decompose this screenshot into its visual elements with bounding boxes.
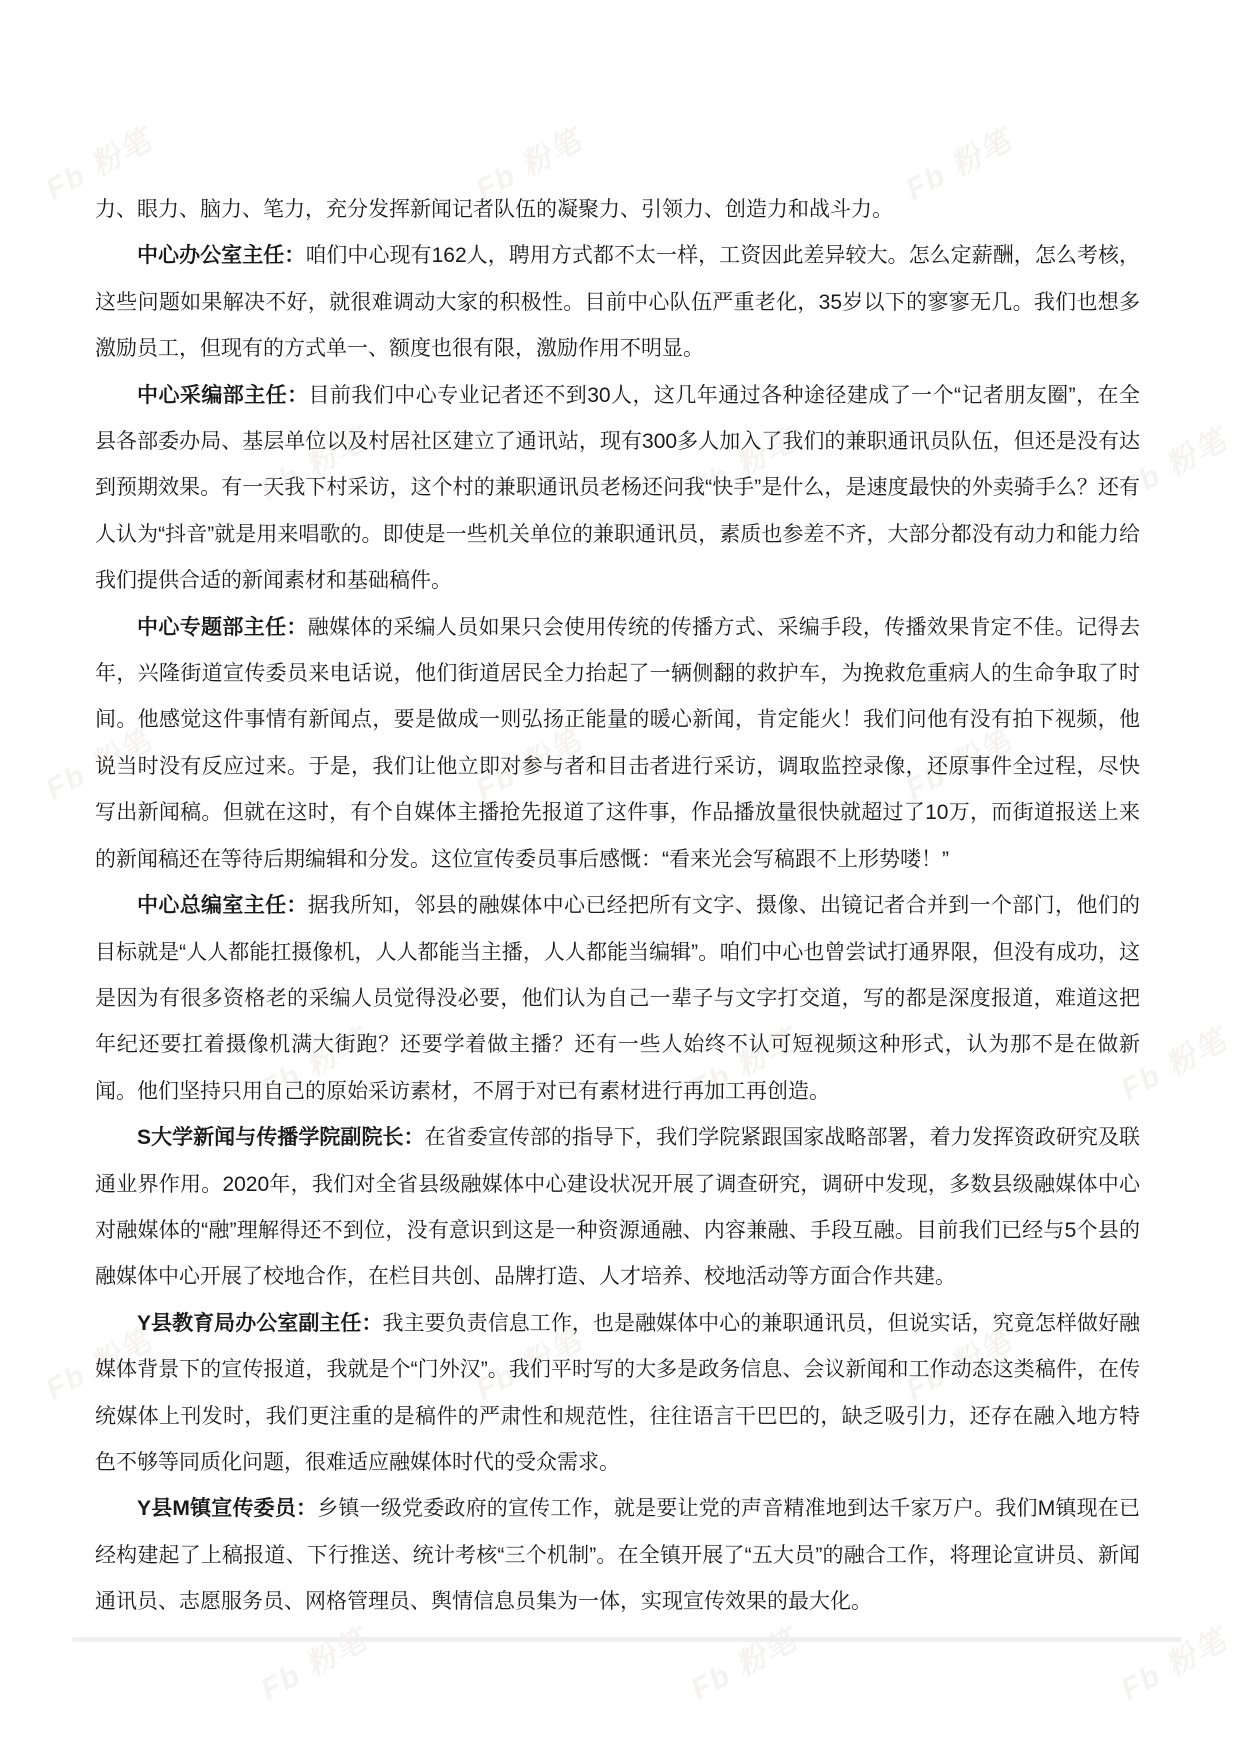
speaker-label: S大学新闻与传播学院副院长： — [137, 1126, 425, 1149]
watermark: Fb 粉笔 — [1111, 1616, 1233, 1709]
paragraph-text: 融媒体的采编人员如果只会使用传统的传播方式、采编手段，传播效果肯定不佳。记得去年… — [95, 616, 1140, 871]
speaker-label: Y县M镇宣传委员： — [137, 1497, 317, 1520]
document-body: 力、眼力、脑力、笔力，充分发挥新闻记者队伍的凝聚力、引领力、创造力和战斗力。中心… — [95, 187, 1140, 1626]
paragraph-text: 在省委宣传部的指导下，我们学院紧跟国家战略部署，着力发挥资政研究及联通业界作用。… — [95, 1126, 1140, 1288]
speaker-label: 中心办公室主任： — [137, 244, 305, 267]
watermark: Fb 粉笔 — [251, 1616, 373, 1709]
paragraph: 中心采编部主任：目前我们中心专业记者还不到30人，这几年通过各种途径建成了一个“… — [95, 373, 1140, 605]
page-separator — [72, 1637, 1182, 1642]
paragraph-text: 目前我们中心专业记者还不到30人，这几年通过各种途径建成了一个“记者朋友圈”，在… — [95, 384, 1140, 593]
paragraph: Y县M镇宣传委员：乡镇一级党委政府的宣传工作，就是要让党的声音精准地到达千家万户… — [95, 1486, 1140, 1625]
document-page: Fb 粉笔Fb 粉笔Fb 粉笔Fb 粉笔Fb 粉笔Fb 粉笔Fb 粉笔Fb 粉笔… — [0, 0, 1240, 1754]
speaker-label: 中心专题部主任： — [137, 616, 308, 639]
paragraph-text: 我主要负责信息工作，也是融媒体中心的兼职通讯员，但说实话，究竟怎样做好融媒体背景… — [95, 1312, 1140, 1474]
paragraph: 中心总编室主任：据我所知，邻县的融媒体中心已经把所有文字、摄像、出镜记者合并到一… — [95, 883, 1140, 1115]
paragraph-text: 力、眼力、脑力、笔力，充分发挥新闻记者队伍的凝聚力、引领力、创造力和战斗力。 — [95, 198, 893, 221]
paragraph: 中心办公室主任：咱们中心现有162人，聘用方式都不太一样，工资因此差异较大。怎么… — [95, 233, 1140, 372]
speaker-label: Y县教育局办公室副主任： — [137, 1312, 383, 1335]
paragraph: 中心专题部主任：融媒体的采编人员如果只会使用传统的传播方式、采编手段，传播效果肯… — [95, 605, 1140, 883]
speaker-label: 中心采编部主任： — [137, 384, 309, 407]
paragraph-text: 据我所知，邻县的融媒体中心已经把所有文字、摄像、出镜记者合并到一个部门，他们的目… — [95, 894, 1140, 1103]
paragraph: 力、眼力、脑力、笔力，充分发挥新闻记者队伍的凝聚力、引领力、创造力和战斗力。 — [95, 187, 1140, 233]
paragraph: S大学新闻与传播学院副院长：在省委宣传部的指导下，我们学院紧跟国家战略部署，着力… — [95, 1115, 1140, 1301]
watermark: Fb 粉笔 — [681, 1616, 803, 1709]
speaker-label: 中心总编室主任： — [137, 894, 308, 917]
paragraph: Y县教育局办公室副主任：我主要负责信息工作，也是融媒体中心的兼职通讯员，但说实话… — [95, 1301, 1140, 1487]
